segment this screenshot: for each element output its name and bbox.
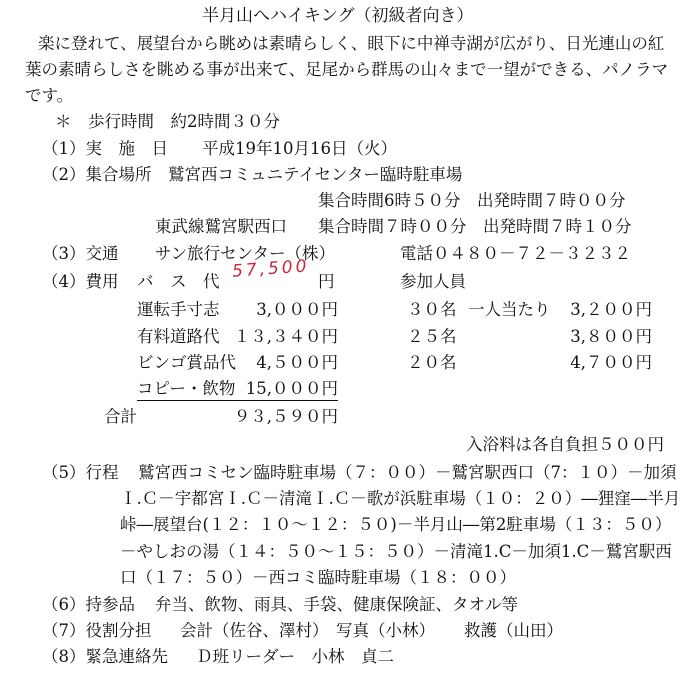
participant-count: ３０名 — [407, 300, 457, 320]
role-photo: 写真（小林） — [336, 621, 435, 641]
per-person-label: 一人当たり — [468, 300, 551, 320]
intro-line-1: 楽に登れて、展望台から眺めは素晴らしく、眼下に中禅寺湖が広がり、日光連山の紅 — [38, 34, 664, 54]
section-8-label: （8）緊急連絡先 — [42, 647, 168, 667]
section-2-label: （2）集合場所 — [42, 165, 152, 185]
cost-item-name: 運転手寸志 — [137, 300, 220, 320]
items-to-bring: 弁当、飲物、雨具、手袋、健康保険証、タオル等 — [155, 595, 518, 615]
itinerary-line: 峠―展望台(１２：１０～１２：５０)－半月山―第2駐車場（１３：５０） — [120, 515, 671, 535]
section-1-label: （1）実 施 日 — [42, 139, 168, 159]
participant-count: ２０名 — [407, 353, 457, 373]
bus-unit: 円 — [318, 272, 335, 292]
cost-item-name: 有料道路代 — [137, 327, 220, 347]
meeting-place-1-times: 集合時間6時５０分 出発時間７時００分 — [318, 191, 626, 211]
cost-item-amount: 15,０００円 — [246, 379, 338, 399]
cost-item-name: コピー・飲物 — [137, 379, 235, 398]
meeting-place-2-times: 集合時間７時００分 出発時間７時１０分 — [318, 217, 632, 237]
section-6-label: （6）持参品 — [42, 595, 135, 615]
itinerary-line: 鷲宮西コミセン臨時駐車場（７：００）－鷲宮駅西口（7：１０）－加須 — [138, 463, 677, 483]
itinerary-line: －やしおの湯（１４：５０～１５：５０）－清滝1.C－加須1.C－鷲宮駅西 — [120, 542, 672, 562]
cost-item-underlined: コピー・飲物 15,０００円 — [137, 379, 338, 401]
meeting-place-1: 鷲宮西コミュニテイセンター臨時駐車場 — [168, 165, 462, 185]
walking-time: ＊ 歩行時間 約2時間３０分 — [55, 112, 280, 132]
bus-label: バ ス 代 — [137, 272, 220, 292]
section-5-label: （5）行程 — [42, 463, 119, 483]
itinerary-line: 口（１７：５０）－西コミ臨時駐車場（１８：００） — [120, 568, 516, 588]
meeting-place-2: 東武線鷲宮駅西口 — [155, 217, 287, 237]
bath-fee-note: 入浴料は各自負担５００円 — [466, 435, 664, 455]
transport-phone: 電話０４８０－７２－３２３２ — [400, 244, 631, 264]
cost-item-amount: １３,３４０円 — [220, 327, 338, 347]
section-4-label: （4）費用 — [42, 272, 119, 292]
event-date: 平成19年10月16日（火） — [202, 139, 397, 159]
emergency-contact: Ｄ班リーダー 小林 貞二 — [196, 647, 394, 667]
section-7-label: （7）役割分担 — [42, 621, 152, 641]
total-label: 合計 — [104, 407, 137, 427]
per-person-cost: 3,２００円 — [540, 300, 652, 320]
document-title: 半月山へハイキング（初級者向き） — [202, 6, 474, 26]
per-person-cost: 3,８００円 — [540, 327, 652, 347]
handwritten-bus-cost: 57,500 — [231, 256, 310, 281]
intro-line-3: です。 — [25, 86, 73, 106]
role-accounting: 会計（佐谷、澤村） — [180, 621, 329, 641]
participant-count: ２５名 — [407, 327, 457, 347]
intro-line-2: 葉の素晴らしさを眺める事が出来て、足尾から群馬の山々まで一望ができる、パノラマ — [25, 60, 668, 80]
cost-item-amount: 4,５００円 — [220, 353, 338, 373]
participants-label: 参加人員 — [400, 272, 466, 292]
total-amount: ９３,５９０円 — [220, 407, 338, 427]
cost-item-amount: 3,０００円 — [220, 300, 338, 320]
itinerary-line: Ｉ.Ｃ－宇都宮Ｉ.Ｃ－清滝Ｉ.Ｃ－歌が浜駐車場（１０：２０）―狸窪―半月 — [120, 489, 680, 509]
role-rescue: 救護（山田） — [464, 621, 563, 641]
per-person-cost: 4,７００円 — [540, 353, 652, 373]
section-3-label: （3）交通 — [42, 244, 119, 264]
